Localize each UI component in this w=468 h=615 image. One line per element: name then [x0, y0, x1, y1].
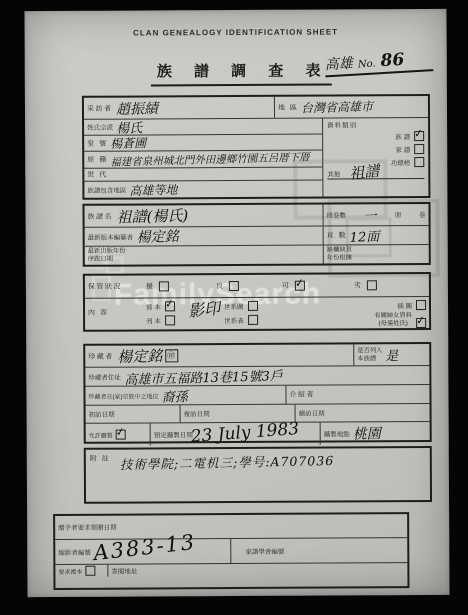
condition-poor-label: 劣 — [354, 280, 363, 290]
category-gongdebang-checkbox — [414, 157, 424, 167]
pedigree-chart-checkbox — [247, 301, 257, 311]
listed-label: 是否列入本族譜 — [357, 347, 382, 363]
coverage-value: 高雄等地 — [129, 180, 177, 198]
women-data-label: 有關婦女資料(母僅姓氏) — [374, 312, 412, 328]
section-identity: 采訪者 趙振績 地 區 台灣省高雄市 姓氏宗派 楊氏 堂 號 — [82, 94, 431, 200]
followup-visit-label: 續訪日期 — [299, 409, 325, 418]
printed-label: 刊 本 — [146, 316, 161, 325]
society-number-label: 家譜學會編號 — [245, 546, 284, 555]
condition-label: 保管狀況 — [88, 281, 146, 291]
manuscript-label: 寫 本 — [146, 302, 161, 311]
notes-label: 附 註 — [90, 454, 111, 464]
area-value: 台灣省高雄市 — [301, 98, 373, 117]
compiler-label: 最新版本編纂者 — [88, 232, 134, 241]
missing-pages-label: 缺欄缺頁年份根據 — [327, 247, 352, 263]
serial-number: 高雄 No. 86 — [324, 48, 433, 77]
filming-date-value: 23 July 1983 — [190, 419, 300, 447]
filming-place-label: 攝製地點 — [324, 429, 350, 438]
scanned-paper: CLAN GENEALOGY IDENTIFICATION SHEET 族 譜 … — [24, 9, 449, 597]
copy-request-label: 要求複本 — [58, 566, 82, 575]
interviewer-cell: 采訪者 趙振績 — [84, 97, 274, 119]
condition-fair-label: 可 — [282, 281, 291, 291]
printed-checkbox — [165, 315, 175, 325]
genealogy-name-value: 祖譜(楊氏) — [116, 205, 188, 228]
listed-value: 是 — [385, 345, 399, 364]
area-label: 地 區 — [278, 102, 299, 112]
scanned-genealogy-form: { "header": { "en_title": "CLAN GENEALOG… — [0, 0, 468, 615]
surname-label: 姓氏宗派 — [87, 123, 113, 132]
category-zupu-label: 族 譜 — [395, 132, 410, 141]
pedigree-table-checkbox — [248, 315, 258, 325]
filming-place-value: 桃園 — [352, 423, 381, 444]
second-visit-label: 複訪日期 — [184, 409, 210, 418]
interviewer-label: 采訪者 — [87, 103, 113, 113]
area-cell: 地 區 台灣省高雄市 — [274, 96, 428, 118]
holder-address-value: 高雄市五福路13巷15號3戶 — [124, 365, 283, 388]
illustration-checkbox — [416, 300, 426, 310]
holder-value: 楊定銘 — [117, 345, 163, 367]
publish-year-label: 最新出版年份序跋日期 — [88, 248, 126, 264]
holder-seal-icon: ㊞ — [165, 349, 178, 362]
holder-address-label: 珍藏者住址 — [88, 372, 121, 381]
holder-position-value: 裔孫 — [161, 385, 188, 405]
coverage-label: 族譜包含地區 — [87, 185, 126, 194]
first-visit-label: 初訪日期 — [89, 410, 115, 419]
section-condition-content: 保管狀況 優 良 可 劣 — [83, 272, 431, 332]
pages-label: 頁 數 — [327, 230, 348, 240]
hall-label: 堂 號 — [87, 138, 108, 148]
filming-date-label: 預定攝製日期 — [154, 430, 193, 439]
introducer-label: 介紹者 — [289, 390, 315, 400]
filming-permission-label: 允許攝製 — [89, 430, 113, 439]
condition-poor-checkbox — [366, 280, 376, 290]
condition-fair-checkbox — [294, 281, 304, 291]
serial-value: 86 — [380, 50, 405, 71]
category-jiapu-checkbox — [414, 144, 424, 154]
section-processing: 贈予者要求領贈日期 縮影者編號 A383-13 家譜學會編號 要求複本 寄閱地址 — [53, 512, 409, 590]
condition-excellent-label: 優 — [146, 281, 155, 291]
manuscript-checkbox — [165, 301, 175, 311]
category-jiapu-label: 家 譜 — [395, 145, 410, 154]
category-gongdebang-label: 功德榜 — [391, 158, 411, 167]
microfilm-number-label: 縮影者編號 — [58, 547, 91, 556]
origin-value: 福建省泉州城北門外田邊鄉竹園五呂厝下厝 — [111, 149, 311, 169]
condition-good-label: 良 — [216, 281, 225, 291]
section-holder: 珍藏者 楊定銘 ㊞ 是否列入本族譜 是 珍藏者住址 高雄市五福路13巷15號3戶… — [83, 342, 432, 444]
compiler-value: 楊定銘 — [136, 226, 179, 247]
notes-value: 技術學院;二電机三;學号:A707036 — [120, 451, 335, 473]
holder-position-label: 珍藏者在(家)宗族中之地位 — [88, 391, 158, 400]
manuscript-note: 影印 — [187, 295, 221, 321]
interviewer-value: 趙振績 — [115, 97, 158, 118]
volume-count-label: 冊卷數 — [327, 210, 347, 219]
generation-label: 世 代 — [87, 170, 108, 180]
pedigree-table-label: 世系表 — [224, 315, 244, 324]
category-other-value: 祖譜 — [348, 160, 380, 184]
volume-count-value: 一 — [364, 205, 378, 224]
genealogy-name-label: 族譜名 — [88, 211, 114, 221]
category-header: 資料類別 — [327, 120, 424, 130]
notes-box: 附 註 技術學院;二電机三;學号:A707036 — [84, 446, 432, 504]
donor-request-label: 贈予者要求領贈日期 — [58, 523, 117, 532]
filming-permission-checkbox — [116, 430, 126, 440]
pedigree-chart-label: 世系圖 — [224, 301, 244, 310]
serial-place: 高雄 — [324, 56, 353, 74]
volume-unit1: 冊 — [395, 210, 402, 219]
serial-no-label: No. — [358, 58, 376, 70]
form-title: 族 譜 調 查 表 — [151, 60, 332, 87]
condition-excellent-checkbox — [158, 281, 168, 291]
copy-request-checkbox — [85, 566, 95, 576]
content-label: 內 容 — [88, 307, 146, 317]
section-volume-info: 族譜名 祖譜(楊氏) 最新版本編纂者 楊定銘 最新出版年份序跋日期 — [82, 202, 430, 267]
material-category: 資料類別 族 譜 家 譜 功德榜 其他 祖譜 — [322, 118, 428, 197]
english-header: CLAN GENEALOGY IDENTIFICATION SHEET — [25, 27, 447, 38]
volume-unit2: 卷 — [419, 210, 426, 219]
holder-label: 珍藏者 — [88, 351, 114, 361]
pages-value: 12面 — [350, 225, 380, 245]
category-other-label: 其他 — [327, 169, 340, 178]
women-data-checkbox — [416, 318, 426, 328]
condition-good-checkbox — [228, 281, 238, 291]
illustration-label: 插 圖 — [397, 301, 412, 310]
mailing-address-label: 寄閱地址 — [111, 566, 137, 575]
origin-label: 原 籍 — [87, 155, 108, 165]
hall-value: 楊蒼圃 — [110, 134, 146, 152]
category-zupu-checkbox — [414, 131, 424, 141]
